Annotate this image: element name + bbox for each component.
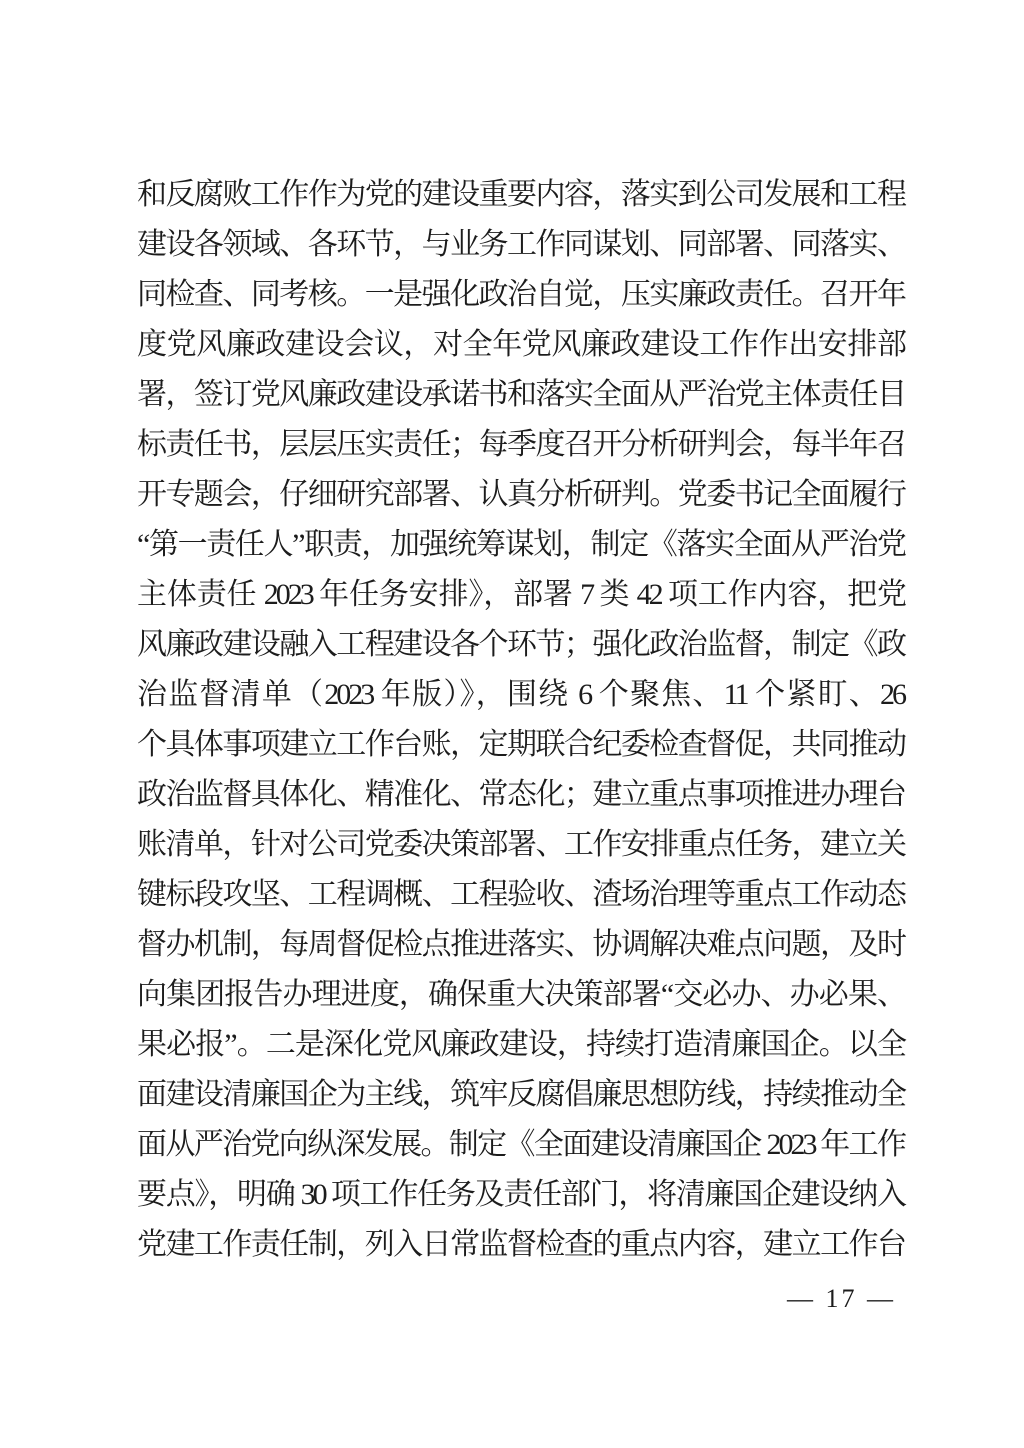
- document-page: 和反腐败工作作为党的建设重要内容，落实到公司发展和工程 建设各领域、各环节，与业…: [0, 0, 1024, 1448]
- text-line: 党建工作责任制，列入日常监督检查的重点内容，建立工作台: [137, 1220, 904, 1270]
- text-line: 风廉政建设融入工程建设各个环节；强化政治监督，制定《政: [137, 620, 904, 670]
- text-line: 开专题会，仔细研究部署、认真分析研判。党委书记全面履行: [137, 470, 904, 520]
- text-line: 果必报”。二是深化党风廉政建设，持续打造清廉国企。以全: [137, 1020, 904, 1070]
- text-line: 督办机制，每周督促检点推进落实、协调解决难点问题，及时: [137, 920, 904, 970]
- text-line: 同检查、同考核。一是强化政治自觉，压实廉政责任。召开年: [137, 270, 904, 320]
- text-line: 标责任书，层层压实责任；每季度召开分析研判会，每半年召: [137, 420, 904, 470]
- text-line: 和反腐败工作作为党的建设重要内容，落实到公司发展和工程: [137, 170, 904, 220]
- text-line: 署，签订党风廉政建设承诺书和落实全面从严治党主体责任目: [137, 370, 904, 420]
- text-line: 政治监督具体化、精准化、常态化；建立重点事项推进办理台: [137, 770, 904, 820]
- text-line: 治监督清单（2023 年版）》，围绕 6 个聚焦、11 个紧盯、26: [137, 670, 904, 720]
- body-text: 和反腐败工作作为党的建设重要内容，落实到公司发展和工程 建设各领域、各环节，与业…: [137, 170, 904, 1270]
- text-line: 建设各领域、各环节，与业务工作同谋划、同部署、同落实、: [137, 220, 904, 270]
- text-line: 要点》，明确 30 项工作任务及责任部门，将清廉国企建设纳入: [137, 1170, 904, 1220]
- text-line: 度党风廉政建设会议，对全年党风廉政建设工作作出安排部: [137, 320, 904, 370]
- text-line: “第一责任人”职责，加强统筹谋划，制定《落实全面从严治党: [137, 520, 904, 570]
- text-line: 个具体事项建立工作台账，定期联合纪委检查督促，共同推动: [137, 720, 904, 770]
- text-line: 主体责任 2023 年任务安排》，部署 7 类 42 项工作内容，把党: [137, 570, 904, 620]
- text-line: 账清单，针对公司党委决策部署、工作安排重点任务，建立关: [137, 820, 904, 870]
- text-line: 键标段攻坚、工程调概、工程验收、渣场治理等重点工作动态: [137, 870, 904, 920]
- page-number: — 17 —: [787, 1282, 896, 1316]
- text-line: 向集团报告办理进度，确保重大决策部署“交必办、办必果、: [137, 970, 904, 1020]
- text-line: 面从严治党向纵深发展。制定《全面建设清廉国企 2023 年工作: [137, 1120, 904, 1170]
- text-line: 面建设清廉国企为主线，筑牢反腐倡廉思想防线，持续推动全: [137, 1070, 904, 1120]
